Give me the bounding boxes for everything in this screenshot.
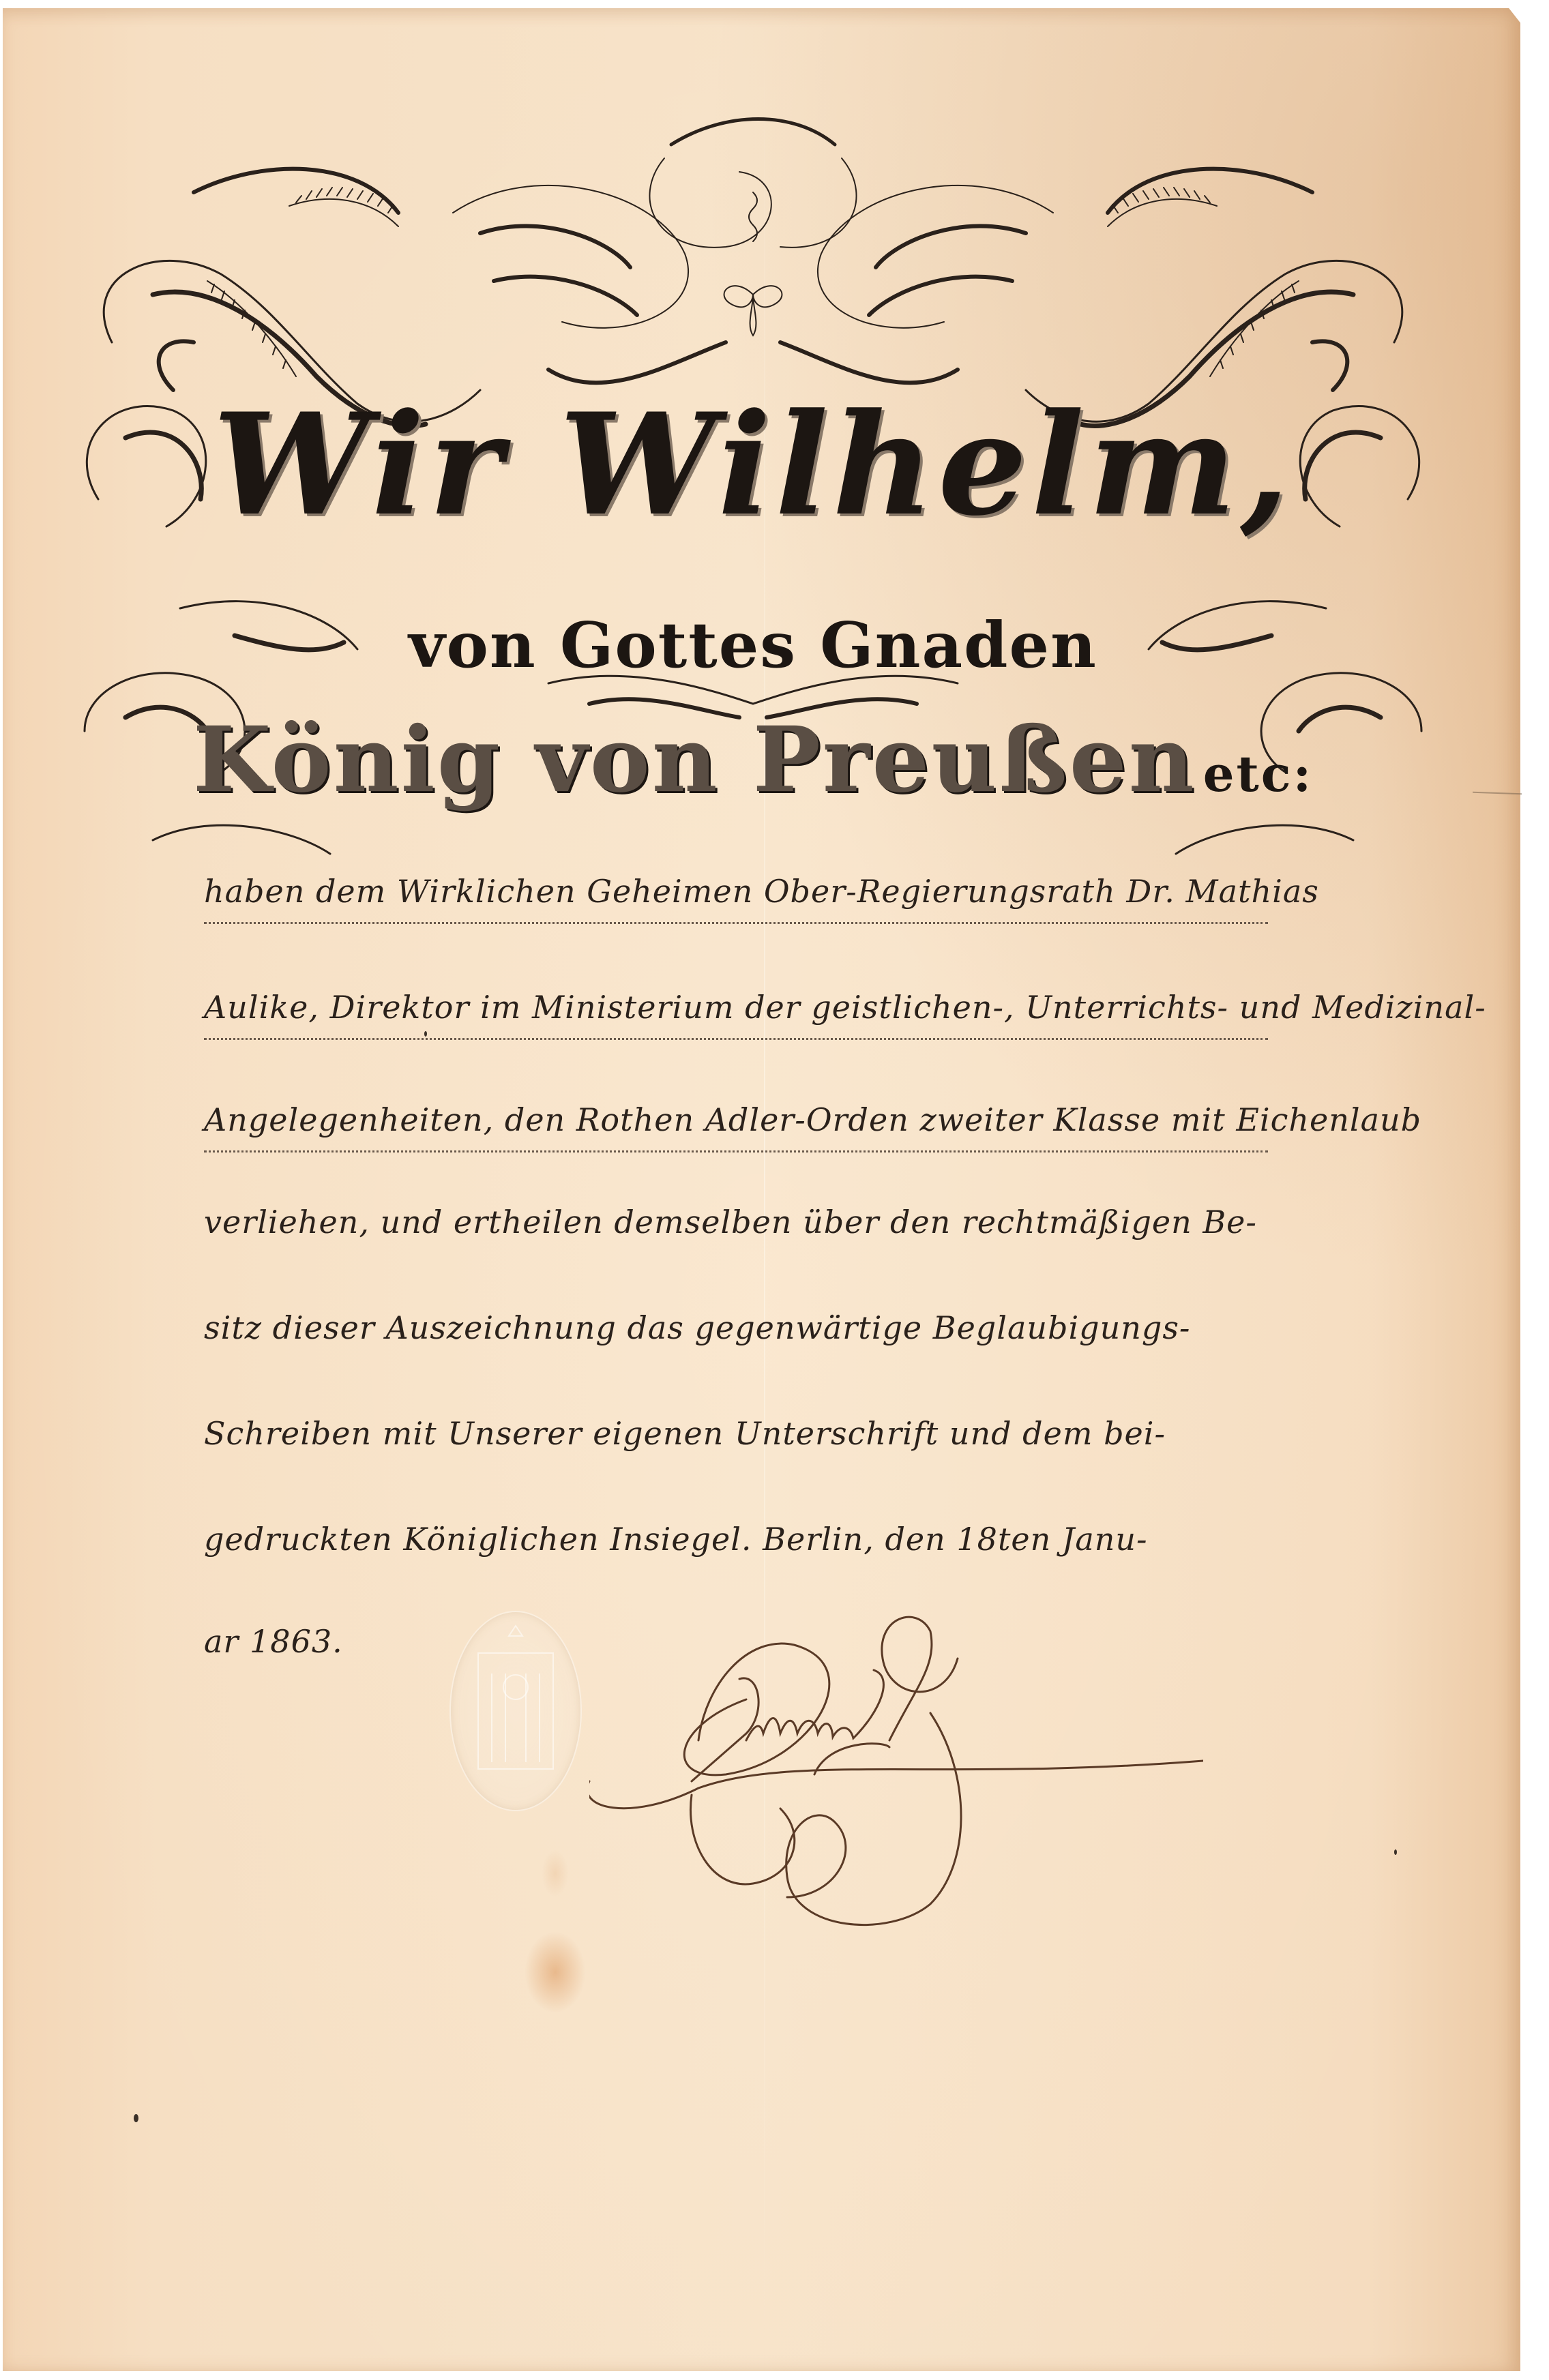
signature-wilhelm	[589, 1604, 1203, 1945]
body-line-3: Angelegenheiten, den Rothen Adler-Orden …	[204, 1089, 1268, 1152]
body-line-1: haben dem Wirklichen Geheimen Ober-Regie…	[204, 861, 1268, 924]
ink-speck	[134, 2114, 138, 2122]
foxing-stain	[542, 1849, 569, 1897]
body-line-6: Schreiben mit Unserer eigenen Unterschri…	[204, 1403, 1268, 1464]
embossed-seal-icon	[449, 1611, 582, 1811]
body-line-5: sitz dieser Auszeichnung das gegenwärtig…	[204, 1297, 1268, 1358]
title-etc: etc:	[1203, 745, 1313, 803]
ink-speck	[1394, 1849, 1397, 1855]
foxing-stain	[525, 1931, 586, 2013]
edge-tear	[1473, 792, 1522, 799]
body-line-7: gedruckten Königlichen Insiegel. Berlin,…	[204, 1508, 1268, 1570]
certificate-paper: Wir Wilhelm, von Gottes Gnaden König von…	[3, 8, 1520, 2371]
title-wir-wilhelm: Wir Wilhelm,	[71, 383, 1435, 547]
ink-speck	[424, 1031, 427, 1037]
body-line-4: verliehen, und ertheilen demselben über …	[204, 1191, 1268, 1253]
body-line-2: Aulike, Direktor im Ministerium der geis…	[204, 977, 1268, 1040]
title-koenig-text: König von Preußen	[193, 707, 1196, 813]
title-von-gottes-gnaden: von Gottes Gnaden	[71, 608, 1435, 682]
calligraphic-header: Wir Wilhelm, von Gottes Gnaden König von…	[71, 117, 1435, 867]
title-koenig-von-preussen: König von Preußenetc:	[71, 707, 1435, 813]
